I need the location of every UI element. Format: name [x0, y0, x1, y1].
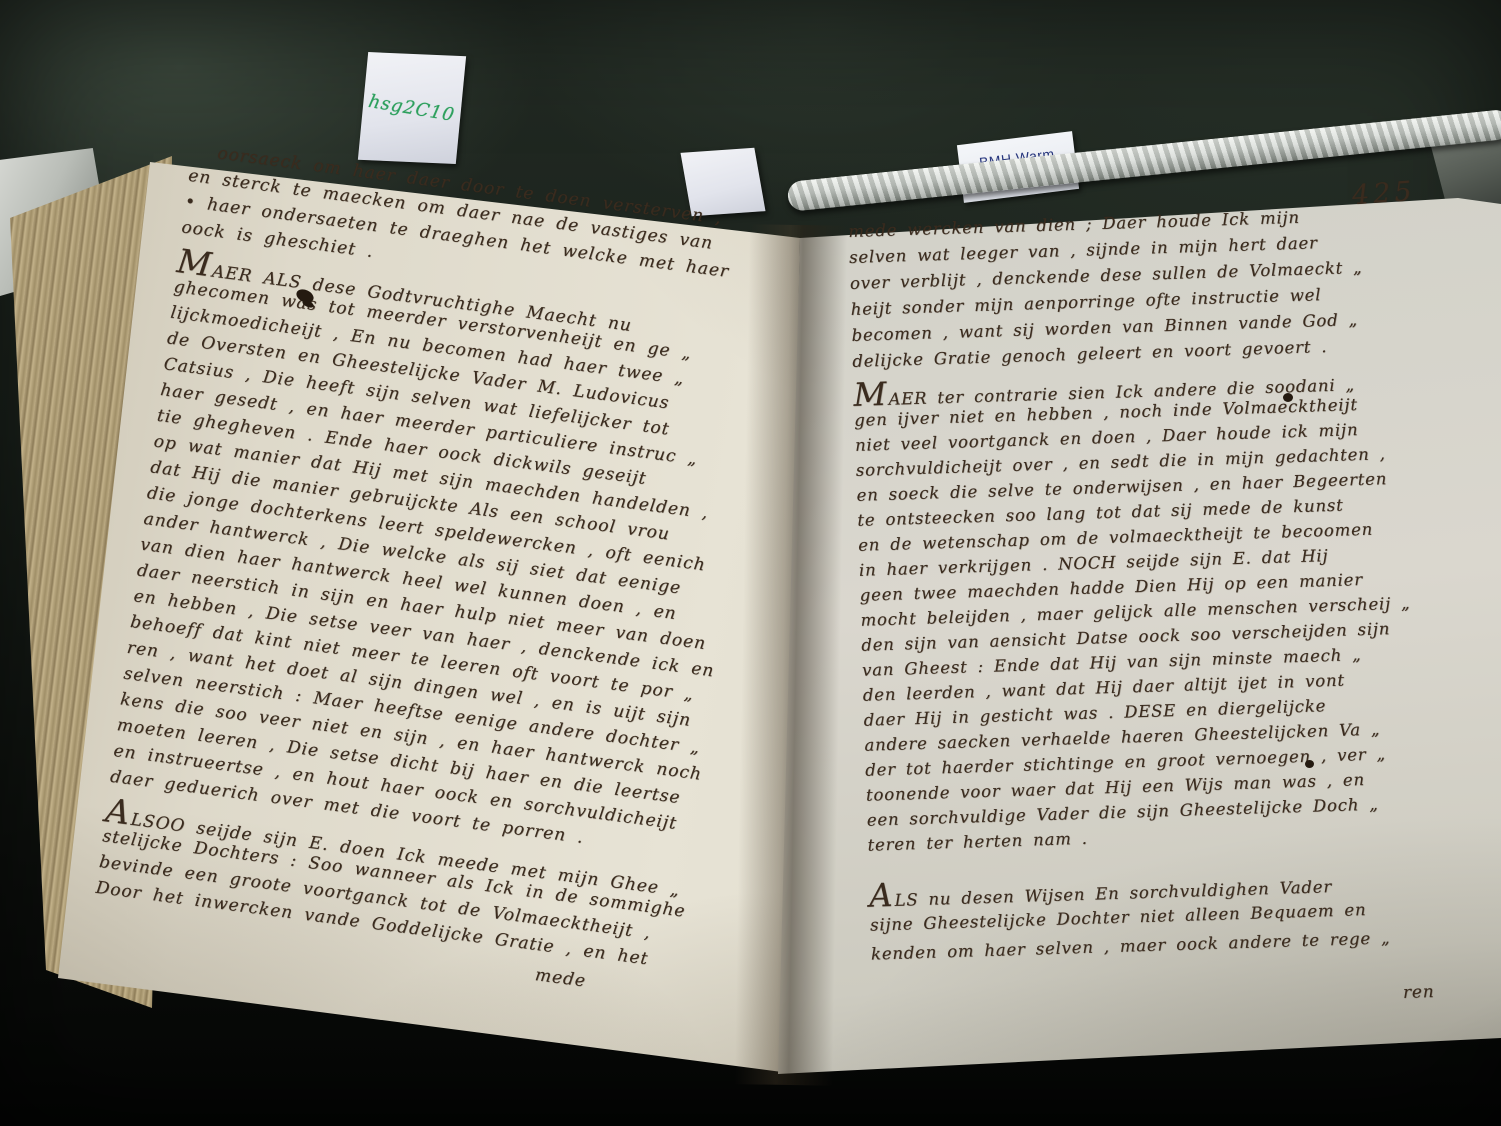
- ink-blot: [1305, 760, 1314, 768]
- manuscript-photograph: hsg2C10 BMH Warm h92C10 oorsaeck om haer…: [0, 0, 1501, 1126]
- right-page-text: mede wercken van dien ; Daer houde Ick m…: [848, 203, 1481, 1020]
- left-page-text: oorsaeck om haer daer door te doen verst…: [91, 140, 836, 1011]
- right-first-paragraph: mede wercken van dien ; Daer houde Ick m…: [848, 203, 1461, 378]
- shelfmark-tab-text: hsg2C10: [367, 90, 457, 125]
- ink-blot: [1283, 393, 1293, 402]
- shelfmark-tab: hsg2C10: [358, 52, 466, 164]
- right-als-paragraph: ALS nu desen Wijsen En sorchvuldighen Va…: [869, 868, 1479, 974]
- right-maer-paragraph: MAER ter contrarie sien Ick andere die s…: [853, 367, 1476, 861]
- left-maer-paragraph: MAER ALS dese Godtvruchtighe Maecht nugh…: [108, 251, 821, 876]
